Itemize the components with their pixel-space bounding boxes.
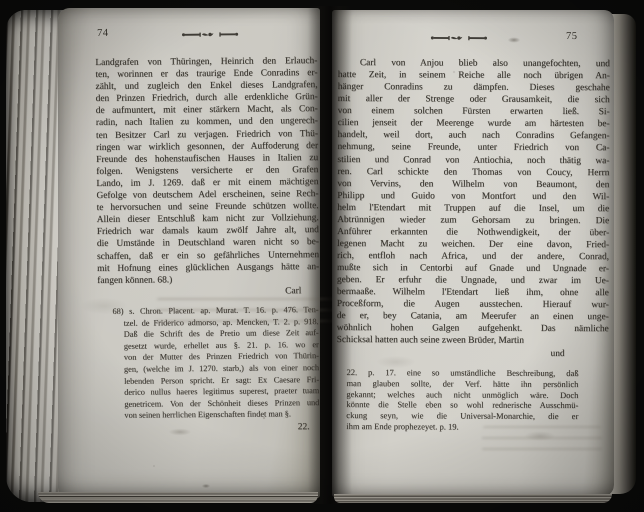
right-page-content: 75 Carl von Anjou blieb also unangefocht…: [338, 28, 610, 29]
text-line: ren. Carl schickte den Thomas von Coucy,…: [337, 166, 609, 179]
right-page-number: 75: [566, 31, 578, 42]
right-main-text: Carl von Anjou blieb also unangefochten,…: [337, 57, 610, 360]
footnote-catchword: 22.: [113, 421, 319, 435]
text-line: nehmung, seine Freunde, unter Friedrich …: [337, 141, 609, 154]
text-line: von Vervins, den Wilhelm von Beaumont, d…: [337, 178, 609, 191]
text-line: mit Hofnung eines glücklichen Ausgangs h…: [97, 261, 319, 275]
text-line: Philipp und Guido von Montfort und den W…: [337, 190, 609, 203]
footnote-line: von seinen herrlichen Eigenschaften find…: [113, 408, 319, 421]
footnote-line: 22. p. 17. eine so umständliche Beschrei…: [346, 367, 578, 379]
catchword: und: [337, 346, 609, 360]
right-page-bottom-edge: [334, 494, 612, 503]
catchword: Carl: [97, 285, 319, 299]
left-page-bottom-edge: [38, 492, 318, 503]
header-ornament-icon: [430, 33, 488, 42]
right-page-header: 75: [338, 28, 610, 47]
book-scan-photo: 74 Landgrafen von Th: [0, 0, 644, 512]
text-line: Abtrünnigen wieder zum Gehorsam zu bring…: [337, 214, 609, 227]
left-main-text: Landgrafen von Thüringen, Heinrich den E…: [95, 55, 319, 299]
text-line: helm l'Etendart mit Truppen auf die Inse…: [337, 202, 609, 215]
text-line: stilien und Conrad von Antiochia, noch t…: [337, 153, 609, 166]
right-page: 75 Carl von Anjou blieb also unangefocht…: [332, 10, 614, 497]
footnote-line: ihm am Ende prophezeyet. p. 19.: [346, 421, 578, 433]
right-footnote: 22. p. 17. eine so umständliche Beschrei…: [346, 367, 578, 433]
header-ornament-icon: [181, 30, 239, 40]
left-page-number: 74: [97, 28, 109, 39]
left-page: 74 Landgrafen von Th: [58, 8, 320, 498]
left-footnote: 68) s. Chron. Placent. ap. Murat. T. 16.…: [112, 304, 319, 435]
footnote-line: man glauben sollte, der Verf. hätte ihn …: [346, 378, 578, 390]
left-page-content: 74 Landgrafen von Th: [95, 24, 317, 26]
left-page-header: 74: [95, 24, 317, 44]
text-line: Anführer erkannten die Nothwendigkeit, d…: [337, 226, 609, 239]
text-line: Schicksal hatten auch seine zween Brüder…: [337, 334, 609, 347]
